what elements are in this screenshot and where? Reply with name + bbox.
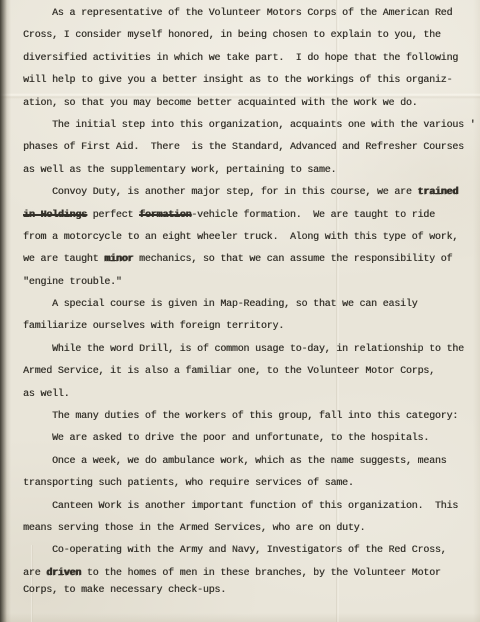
text-segment: ation, so that you may become better acq… bbox=[23, 98, 417, 109]
text-segment: to the homes of men in these branches, b… bbox=[81, 568, 441, 579]
document-body: As a representative of the Volunteer Mot… bbox=[0, 3, 480, 603]
text-line: means serving those in the Armed Service… bbox=[0, 518, 480, 540]
text-line: Co-operating with the Army and Navy, Inv… bbox=[0, 540, 480, 562]
text-segment: -vehicle formation. We are taught to rid… bbox=[191, 210, 435, 221]
text-segment: The initial step into this organization,… bbox=[52, 120, 475, 131]
text-segment-strike: in Holdings bbox=[23, 210, 87, 221]
text-line: As a representative of the Volunteer Mot… bbox=[0, 3, 480, 25]
text-segment: we are taught bbox=[23, 254, 104, 265]
text-segment: from a motorcycle to an eight wheeler tr… bbox=[23, 232, 458, 243]
text-segment: will help to give you a better insight a… bbox=[23, 75, 452, 86]
text-line: While the word Drill, is of common usage… bbox=[0, 339, 480, 361]
text-segment: As a representative of the Volunteer Mot… bbox=[52, 8, 452, 19]
text-segment: Canteen Work is another important functi… bbox=[52, 501, 458, 512]
text-segment: as well as the supplementary work, perta… bbox=[23, 165, 336, 176]
text-line: The initial step into this organization,… bbox=[0, 115, 480, 137]
text-segment: familiarize ourselves with foreign terri… bbox=[23, 321, 284, 332]
text-segment: diversified activities in which we take … bbox=[23, 53, 458, 64]
text-segment: Armed Service, it is also a familiar one… bbox=[23, 366, 435, 377]
text-segment: A special course is given in Map-Reading… bbox=[52, 299, 417, 310]
text-segment: "engine trouble." bbox=[23, 277, 122, 288]
text-line: Convoy Duty, is another major step, for … bbox=[0, 182, 480, 204]
text-line: phases of First Aid. There is the Standa… bbox=[0, 137, 480, 159]
text-line: diversified activities in which we take … bbox=[0, 48, 480, 70]
text-line: "engine trouble." bbox=[0, 272, 480, 294]
text-segment: as well. bbox=[23, 389, 69, 400]
text-segment: Corps, to make necessary check-ups. bbox=[23, 585, 226, 596]
text-segment: While the word Drill, is of common usage… bbox=[52, 344, 464, 355]
text-segment: are bbox=[23, 568, 46, 579]
text-segment-overtype: trained bbox=[417, 187, 458, 198]
text-segment-overtype: driven bbox=[46, 568, 81, 579]
text-segment: mechanics, so that we can assume the res… bbox=[133, 254, 452, 265]
text-segment-overtype: minor bbox=[104, 254, 133, 265]
text-line: Once a week, we do ambulance work, which… bbox=[0, 451, 480, 473]
text-line: A special course is given in Map-Reading… bbox=[0, 294, 480, 316]
text-line: from a motorcycle to an eight wheeler tr… bbox=[0, 227, 480, 249]
text-line: as well. bbox=[0, 384, 480, 406]
text-segment-strike: formation bbox=[139, 210, 191, 221]
text-segment: Co-operating with the Army and Navy, Inv… bbox=[52, 545, 446, 556]
text-segment: Convoy Duty, is another major step, for … bbox=[52, 187, 417, 198]
text-segment: The many duties of the workers of this g… bbox=[52, 411, 458, 422]
text-segment: perfect bbox=[87, 210, 139, 221]
text-line: The many duties of the workers of this g… bbox=[0, 406, 480, 428]
text-segment: phases of First Aid. There is the Standa… bbox=[23, 142, 464, 153]
text-line: Cross, I consider myself honored, in bei… bbox=[0, 25, 480, 47]
text-line: in Holdings perfect formation-vehicle fo… bbox=[0, 205, 480, 227]
text-line: ation, so that you may become better acq… bbox=[0, 93, 480, 115]
text-line: familiarize ourselves with foreign terri… bbox=[0, 316, 480, 338]
text-line: Armed Service, it is also a familiar one… bbox=[0, 361, 480, 383]
text-segment: Once a week, we do ambulance work, which… bbox=[52, 456, 446, 467]
text-line: transporting such patients, who require … bbox=[0, 473, 480, 495]
document-page: As a representative of the Volunteer Mot… bbox=[0, 0, 480, 622]
text-line: we are taught minor mechanics, so that w… bbox=[0, 249, 480, 271]
text-line: We are asked to drive the poor and unfor… bbox=[0, 428, 480, 450]
text-segment: We are asked to drive the poor and unfor… bbox=[52, 433, 429, 444]
text-segment: means serving those in the Armed Service… bbox=[23, 523, 365, 534]
text-line: Canteen Work is another important functi… bbox=[0, 496, 480, 518]
text-line: as well as the supplementary work, perta… bbox=[0, 160, 480, 182]
text-line: will help to give you a better insight a… bbox=[0, 70, 480, 92]
text-segment: Cross, I consider myself honored, in bei… bbox=[23, 30, 441, 41]
text-segment: transporting such patients, who require … bbox=[23, 478, 354, 489]
